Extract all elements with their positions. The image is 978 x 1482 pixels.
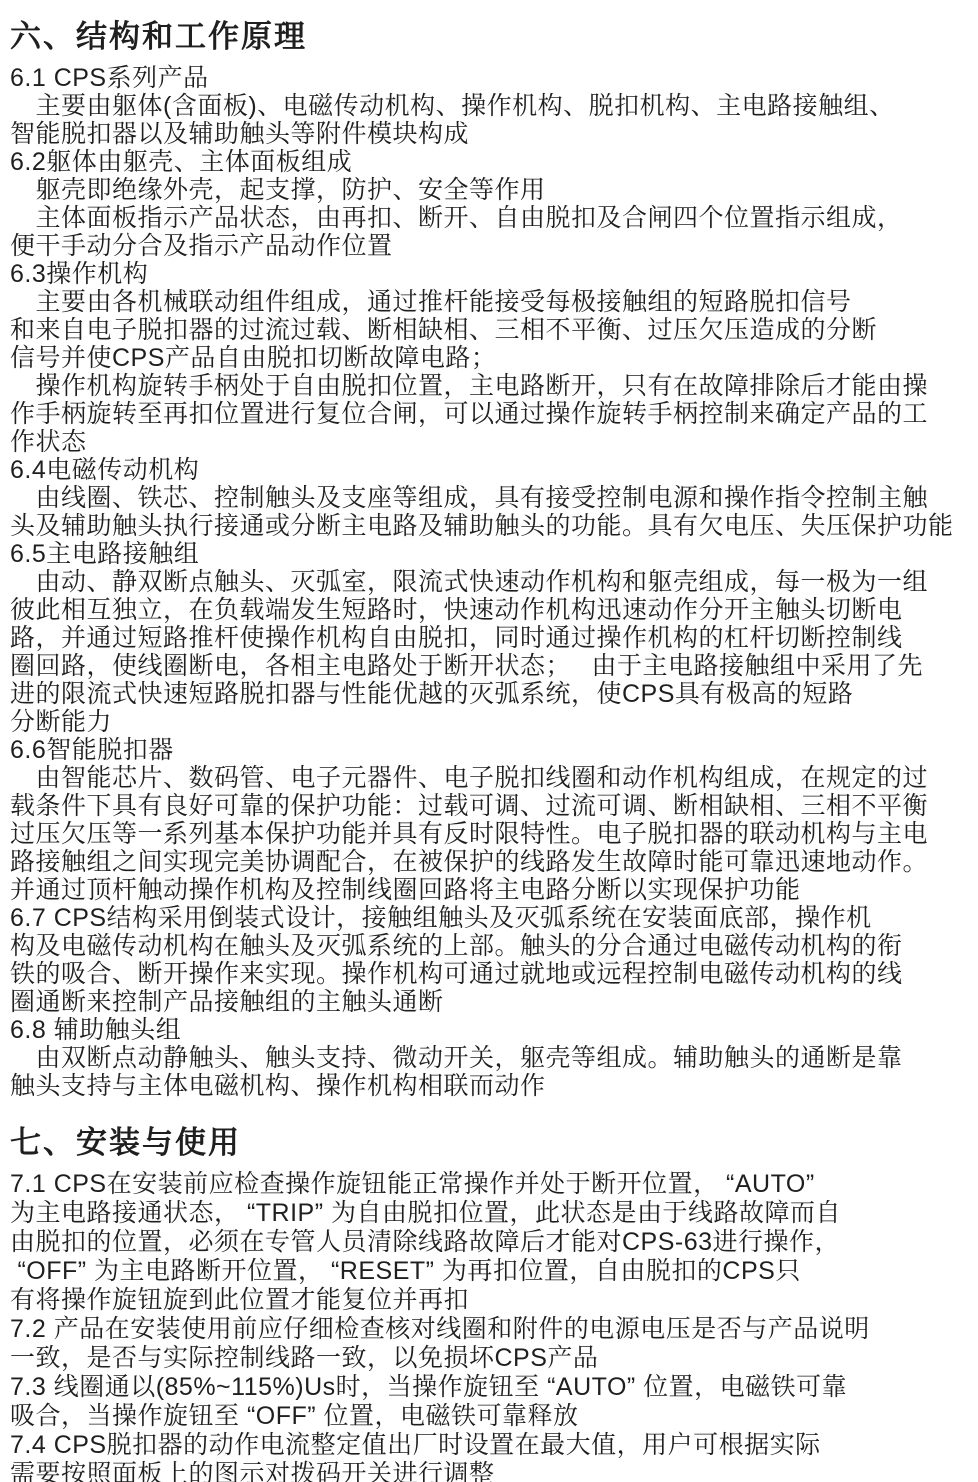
text-line: 6.7 CPS结构采用倒装式设计，接触组触头及灭弧系统在安装面底部，操作机 <box>10 904 972 932</box>
section-6-heading: 六、结构和工作原理 <box>10 18 972 56</box>
text-line: 和来自电子脱扣器的过流过载、断相缺相、三相不平衡、过压欠压造成的分断 <box>10 316 972 344</box>
text-line: 构及电磁传动机构在触头及灭弧系统的上部。触头的分合通过电磁传动机构的衔 <box>10 932 972 960</box>
text-line: 过压欠压等一系列基本保护功能并具有反时限特性。电子脱扣器的联动机构与主电 <box>10 820 972 848</box>
text-line: 6.1 CPS系列产品 <box>10 64 972 92</box>
text-line: 圈回路，使线圈断电，各相主电路处于断开状态； 由于主电路接触组中采用了先 <box>10 652 972 680</box>
text-line: 7.1 CPS在安装前应检查操作旋钮能正常操作并处于断开位置， “AUTO” <box>10 1170 972 1199</box>
text-line: 并通过顶杆触动操作机构及控制线圈回路将主电路分断以实现保护功能 <box>10 876 972 904</box>
text-line: 载条件下具有良好可靠的保护功能：过载可调、过流可调、断相缺相、三相不平衡 <box>10 792 972 820</box>
text-line: 6.2躯体由躯壳、主体面板组成 <box>10 148 972 176</box>
text-line: 主要由躯体(含面板)、电磁传动机构、操作机构、脱扣机构、主电路接触组、 <box>10 92 972 120</box>
text-line: 圈通断来控制产品接触组的主触头通断 <box>10 988 972 1016</box>
text-line: 由智能芯片、数码管、电子元器件、电子脱扣线圈和动作机构组成，在规定的过 <box>10 764 972 792</box>
text-line: 路接触组之间实现完美协调配合，在被保护的线路发生故障时能可靠迅速地动作。 <box>10 848 972 876</box>
text-line: 由双断点动静触头、触头支持、微动开关，躯壳等组成。辅助触头的通断是靠 <box>10 1044 972 1072</box>
text-line: 分断能力 <box>10 708 972 736</box>
section-7-body: 7.1 CPS在安装前应检查操作旋钮能正常操作并处于断开位置， “AUTO”为主… <box>10 1170 972 1482</box>
text-line: 头及辅助触头执行接通或分断主电路及辅助触头的功能。具有欠电压、失压保护功能 <box>10 512 972 540</box>
text-line: 6.5主电路接触组 <box>10 540 972 568</box>
text-line: 进的限流式快速短路脱扣器与性能优越的灭弧系统，使CPS具有极高的短路 <box>10 680 972 708</box>
text-line: 智能脱扣器以及辅助触头等附件模块构成 <box>10 120 972 148</box>
text-line: 作状态 <box>10 428 972 456</box>
text-line: 有将操作旋钮旋到此位置才能复位并再扣 <box>10 1286 972 1315</box>
text-line: 需要按照面板上的图示对拨码开关进行调整 <box>10 1460 972 1482</box>
text-line: 由脱扣的位置，必须在专管人员清除线路故障后才能对CPS-63进行操作， <box>10 1228 972 1257</box>
text-line: 吸合，当操作旋钮至 “OFF” 位置，电磁铁可靠释放 <box>10 1402 972 1431</box>
text-line: 躯壳即绝缘外壳，起支撑，防护、安全等作用 <box>10 176 972 204</box>
text-line: 路，并通过短路推杆使操作机构自由脱扣，同时通过操作机构的杠杆切断控制线 <box>10 624 972 652</box>
section-7-heading: 七、安装与使用 <box>10 1124 972 1162</box>
text-line: 由线圈、铁芯、控制触头及支座等组成，具有接受控制电源和操作指令控制主触 <box>10 484 972 512</box>
text-line: 操作机构旋转手柄处于自由脱扣位置，主电路断开，只有在故障排除后才能由操 <box>10 372 972 400</box>
text-line: 7.2 产品在安装使用前应仔细检查核对线圈和附件的电源电压是否与产品说明 <box>10 1315 972 1344</box>
text-line: 便干手动分合及指示产品动作位置 <box>10 232 972 260</box>
document-page: 六、结构和工作原理 6.1 CPS系列产品 主要由躯体(含面板)、电磁传动机构、… <box>0 0 978 1482</box>
text-line: 为主电路接通状态， “TRIP” 为自由脱扣位置，此状态是由于线路故障而自 <box>10 1199 972 1228</box>
text-line: 6.8 辅助触头组 <box>10 1016 972 1044</box>
text-line: 触头支持与主体电磁机构、操作机构相联而动作 <box>10 1072 972 1100</box>
text-line: 7.4 CPS脱扣器的动作电流整定值出厂时设置在最大值，用户可根据实际 <box>10 1431 972 1460</box>
text-line: 主要由各机械联动组件组成，通过推杆能接受每极接触组的短路脱扣信号 <box>10 288 972 316</box>
text-line: 作手柄旋转至再扣位置进行复位合闸，可以通过操作旋转手柄控制来确定产品的工 <box>10 400 972 428</box>
section-6-body: 6.1 CPS系列产品 主要由躯体(含面板)、电磁传动机构、操作机构、脱扣机构、… <box>10 64 972 1100</box>
text-line: 一致，是否与实际控制线路一致，以免损坏CPS产品 <box>10 1344 972 1373</box>
text-line: “OFF” 为主电路断开位置， “RESET” 为再扣位置，自由脱扣的CPS只 <box>10 1257 972 1286</box>
text-line: 7.3 线圈通以(85%~115%)Us时，当操作旋钮至 “AUTO” 位置，电… <box>10 1373 972 1402</box>
text-line: 6.6智能脱扣器 <box>10 736 972 764</box>
text-line: 主体面板指示产品状态，由再扣、断开、自由脱扣及合闸四个位置指示组成， <box>10 204 972 232</box>
text-line: 6.4电磁传动机构 <box>10 456 972 484</box>
text-line: 由动、静双断点触头、灭弧室，限流式快速动作机构和躯壳组成，每一极为一组 <box>10 568 972 596</box>
text-line: 信号并使CPS产品自由脱扣切断故障电路； <box>10 344 972 372</box>
text-line: 6.3操作机构 <box>10 260 972 288</box>
text-line: 彼此相互独立，在负载端发生短路时，快速动作机构迅速动作分开主触头切断电 <box>10 596 972 624</box>
text-line: 铁的吸合、断开操作来实现。操作机构可通过就地或远程控制电磁传动机构的线 <box>10 960 972 988</box>
